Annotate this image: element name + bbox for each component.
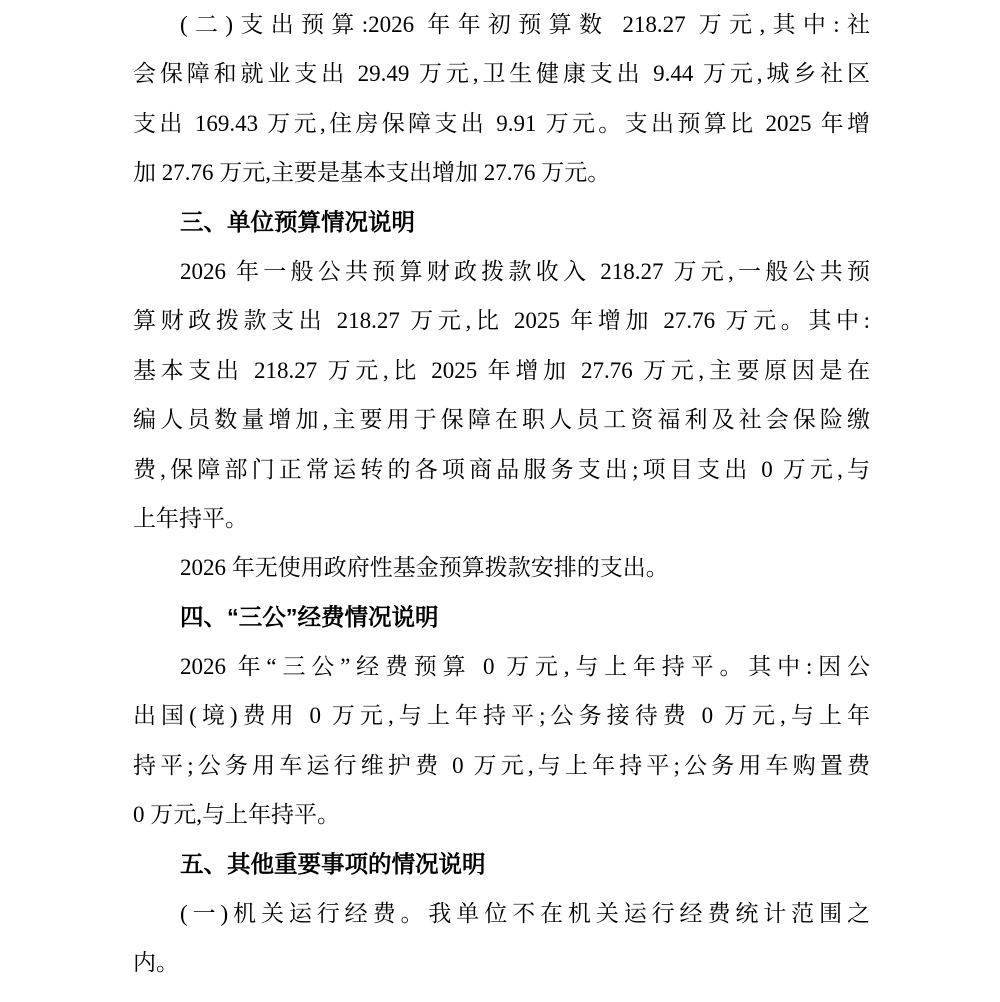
government-fund-paragraph-line: 2026 年无使用政府性基金预算拨款安排的支出。 [133,543,870,592]
agency-operating-expenses-paragraph-line-1: (一)机关运行经费。我单位不在机关运行经费统计范围之 [133,889,870,938]
three-public-paragraph-line-3: 持平;公务用车运行维护费 0 万元,与上年持平;公务用车购置费 [133,741,870,790]
three-public-paragraph-line-1: 2026 年“三公”经费预算 0 万元,与上年持平。其中:因公 [133,642,870,691]
expenditure-budget-paragraph-line-3: 支出 169.43 万元,住房保障支出 9.91 万元。支出预算比 2025 年… [133,99,870,148]
agency-operating-expenses-paragraph-line-2: 内。 [133,938,870,987]
three-public-paragraph-line-2: 出国(境)费用 0 万元,与上年持平;公务接待费 0 万元,与上年 [133,691,870,740]
expenditure-budget-paragraph-line-1: (二)支出预算:2026 年年初预算数 218.27 万元,其中:社 [133,0,870,49]
unit-budget-paragraph-line-4: 编人员数量增加,主要用于保障在职人员工资福利及社会保险缴 [133,395,870,444]
budget-document-page: (二)支出预算:2026 年年初预算数 218.27 万元,其中:社 会保障和就… [133,0,870,988]
unit-budget-paragraph-line-6: 上年持平。 [133,494,870,543]
section-heading-unit-budget-explanation: 三、单位预算情况说明 [133,198,870,247]
unit-budget-paragraph-line-1: 2026 年一般公共预算财政拨款收入 218.27 万元,一般公共预 [133,247,870,296]
expenditure-budget-paragraph-line-4: 加 27.76 万元,主要是基本支出增加 27.76 万元。 [133,148,870,197]
unit-budget-paragraph-line-3: 基本支出 218.27 万元,比 2025 年增加 27.76 万元,主要原因是… [133,346,870,395]
expenditure-budget-paragraph-line-2: 会保障和就业支出 29.49 万元,卫生健康支出 9.44 万元,城乡社区 [133,49,870,98]
section-heading-other-important-matters: 五、其他重要事项的情况说明 [133,840,870,889]
unit-budget-paragraph-line-2: 算财政拨款支出 218.27 万元,比 2025 年增加 27.76 万元。其中… [133,296,870,345]
unit-budget-paragraph-line-5: 费,保障部门正常运转的各项商品服务支出;项目支出 0 万元,与 [133,445,870,494]
three-public-paragraph-line-4: 0 万元,与上年持平。 [133,790,870,839]
section-heading-three-public-expenses: 四、“三公”经费情况说明 [133,593,870,642]
